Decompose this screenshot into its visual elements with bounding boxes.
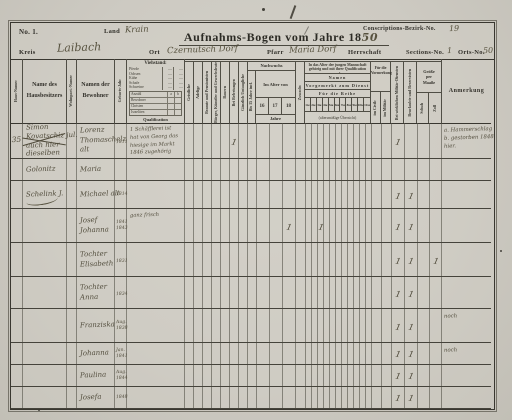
vormerkung-column: im Militär	[381, 92, 390, 123]
cell-haus	[11, 343, 23, 364]
handwritten-entry: noch	[442, 345, 491, 355]
cell-gjahr: 1848	[115, 387, 127, 408]
cell-n18	[283, 159, 296, 180]
cell-n17	[270, 209, 283, 242]
cell-zuw	[296, 209, 306, 242]
cell-gjahr: 1834	[115, 277, 127, 308]
cell-owner: Golonitz	[23, 159, 67, 180]
mannschaft-namen: Namen	[305, 74, 370, 82]
cell-k2	[194, 243, 203, 276]
handwritten-entry: 1838	[115, 325, 126, 331]
cell-nwrot	[248, 181, 257, 208]
cell-k3	[203, 159, 212, 180]
nachwuchs-age: 16	[256, 98, 269, 114]
cell-vm1	[372, 123, 382, 158]
cell-k1	[185, 209, 194, 242]
livestock-rows: Pferde——Ochsen——Kühe——Schafe——Schweine——	[127, 67, 184, 90]
cell-k1	[185, 277, 194, 308]
cell-gjahr: Aug.1838	[115, 309, 127, 342]
size-unit-column: Zoll	[429, 93, 441, 123]
cell-nwrot	[248, 159, 257, 180]
handwritten-entry: Anna	[77, 292, 114, 303]
page-title-printed: Aufnahms-Bogen vom Jahre 18	[184, 30, 362, 44]
class-column-label: Bürger, Künstler und Gewerbsleute	[214, 62, 219, 123]
cell-grs	[418, 277, 430, 308]
cell-gjahr	[115, 159, 127, 180]
cell-anm: noch	[442, 343, 491, 364]
cell-res1: 1	[392, 309, 405, 342]
body-row: FranziskaAug.183811noch	[11, 309, 491, 343]
cell-owner	[23, 387, 67, 408]
cell-wpart	[67, 181, 77, 208]
cell-n16	[257, 277, 270, 308]
cell-vm2	[382, 277, 392, 308]
years-unit-label: Jahre	[256, 115, 295, 123]
cell-grs	[418, 343, 430, 364]
service-columns: Bei wirklichen Militär-DienstenBeurlaubt…	[391, 62, 417, 123]
cell-anm	[442, 387, 491, 408]
tally-mark: 1	[407, 191, 414, 202]
cell-k1	[185, 343, 194, 364]
vormerkung-box: Für die Vormerkung im Civileim Militär	[371, 62, 391, 123]
cell-n17	[270, 387, 283, 408]
cell-n18: 1	[283, 209, 296, 242]
cell-k5	[221, 243, 230, 276]
cell-k4	[212, 159, 221, 180]
cell-wpart	[67, 309, 77, 342]
cell-wpart	[67, 277, 77, 308]
cell-vm1	[372, 365, 382, 386]
summary-cell	[167, 104, 174, 109]
cell-anm	[442, 181, 491, 208]
handwritten-entry: 1846 zugehörig	[127, 148, 184, 158]
cell-k1	[185, 365, 194, 386]
cell-k6	[230, 243, 239, 276]
cell-grz	[430, 365, 442, 386]
cell-anm: noch	[442, 309, 491, 342]
vormerkung-column-label: im Civile	[373, 100, 378, 115]
summary-cell	[167, 110, 174, 115]
column-party-number: Wohnpart.-Numer	[67, 59, 77, 123]
cell-vieh	[127, 159, 185, 180]
field-pfarr-value: Maria Dorf	[289, 44, 337, 56]
tally-mark: 1	[394, 290, 401, 301]
nachwuchs-label: Nachwuchs	[248, 62, 295, 71]
cell-vm1	[372, 209, 382, 242]
cell-k3	[203, 343, 212, 364]
cell-zuw	[296, 343, 306, 364]
field-kreis-value: Laibach	[57, 40, 102, 55]
cell-grz	[430, 209, 442, 242]
mannschaft-reihe: Für die Reihe	[305, 90, 370, 98]
cell-k5	[221, 387, 230, 408]
cell-k2	[194, 343, 203, 364]
cell-zuw	[296, 365, 306, 386]
column-birth-year: Geburts-Jahr	[115, 59, 127, 123]
cell-n16	[257, 387, 270, 408]
cell-bew: LorenzThomaschelzalt	[77, 123, 115, 158]
tally-mark: 1	[230, 138, 237, 149]
age-of-label: Im Alter von	[256, 71, 295, 98]
cell-n17	[270, 243, 283, 276]
cell-res1: 1	[392, 209, 405, 242]
cell-k5	[221, 309, 230, 342]
body-row: JosefJohanna18411843ganz frisch1111	[11, 209, 491, 243]
cell-n18	[283, 181, 296, 208]
field-sections-label: Sections-No.	[406, 49, 444, 56]
cell-nwrot	[248, 277, 257, 308]
cell-haus	[11, 159, 23, 180]
cell-bew: TochterAnna	[77, 277, 115, 308]
cell-grz	[430, 181, 442, 208]
cell-haus	[11, 243, 23, 276]
cell-n16	[257, 159, 270, 180]
cell-k2	[194, 365, 203, 386]
summary-cell	[174, 98, 181, 103]
cell-n17	[270, 365, 283, 386]
cell-n16	[257, 181, 270, 208]
cell-res1: 1	[392, 277, 405, 308]
livestock-name: Schweine	[127, 85, 162, 90]
vormerkung-column-label: im Militär	[383, 99, 388, 117]
column-owner: Name des Hausbesitzers	[23, 59, 67, 123]
cell-nwrot	[248, 209, 257, 242]
cell-anm: a. Hammerschlagb. gestorben 1848hier.	[442, 123, 491, 158]
cell-n17	[270, 343, 283, 364]
cell-wpart	[67, 159, 77, 180]
cell-vieh	[127, 277, 185, 308]
handwritten-entry: ganz frisch	[127, 211, 184, 221]
cell-haus	[11, 209, 23, 242]
handwritten-entry: Aug.	[115, 319, 126, 325]
cell-haus	[11, 309, 23, 342]
cell-k3	[203, 243, 212, 276]
cell-k4	[212, 343, 221, 364]
ink-speck	[500, 250, 502, 252]
cell-owner	[23, 309, 67, 342]
field-sections-value: 1	[447, 46, 452, 55]
size-unit-label: Schuh	[420, 103, 425, 114]
party-number-label: Wohnpart.-Numer	[69, 75, 74, 107]
cell-res2: 1	[405, 243, 418, 276]
cell-res2: 1	[405, 343, 418, 364]
cell-bew: Franziska	[77, 309, 115, 342]
cell-vm2	[382, 243, 392, 276]
field-orts-value: 50	[483, 46, 493, 55]
summary-name: Christen	[130, 104, 167, 109]
field-ort-value: Czernutsch Dorf	[167, 44, 238, 56]
cell-haus	[11, 387, 23, 408]
handwritten-entry: Michael alt	[77, 189, 114, 200]
tally-mark: 1	[407, 323, 414, 334]
cell-gjahr: 18411843	[115, 209, 127, 242]
handwritten-entry: Maria	[77, 164, 114, 175]
cell-n18	[283, 365, 296, 386]
field-land-value: Krain	[125, 25, 149, 36]
handwritten-entry: Golonitz	[23, 164, 66, 175]
table-body: 35SimonKovatschiz jul.auch hierdieselben…	[11, 123, 491, 409]
handwritten-entry: 1831	[115, 258, 126, 264]
cell-nwrot	[248, 343, 257, 364]
cell-wpart	[67, 387, 77, 408]
class-column-label: Adelige	[196, 86, 201, 99]
summary-col-a: a	[167, 92, 174, 97]
cell-vm2	[382, 387, 392, 408]
cell-anm	[442, 277, 491, 308]
cell-res2	[405, 159, 418, 180]
summary-name: Israeliten	[130, 110, 167, 115]
cell-bew: Johanna	[77, 343, 115, 364]
handwritten-entry: 1834	[115, 291, 126, 297]
cell-k3	[203, 209, 212, 242]
cell-res2: 1	[405, 209, 418, 242]
cell-k5	[221, 159, 230, 180]
cell-k3	[203, 387, 212, 408]
cell-bew: Michael alt	[77, 181, 115, 208]
zuwachs-column: Zuwachs	[296, 62, 305, 123]
cell-vm2	[382, 309, 392, 342]
cell-k4	[212, 209, 221, 242]
cell-k2	[194, 123, 203, 158]
cell-nwrot	[248, 365, 257, 386]
cell-k1	[185, 243, 194, 276]
cell-vieh	[127, 365, 185, 386]
tally-mark: 1	[394, 138, 401, 149]
cell-zuw	[296, 123, 306, 158]
cell-owner: Schelink J.	[23, 181, 67, 208]
house-number-label: Haus-Numer	[14, 80, 19, 102]
handwritten-entry: 1848	[115, 394, 126, 400]
livestock-count-b: —	[173, 85, 184, 90]
summary-cell	[174, 104, 181, 109]
cell-bew: TochterElisabeth	[77, 243, 115, 276]
class-column-label: Geistliche	[187, 84, 192, 101]
livestock-count-a: —	[162, 85, 173, 90]
cell-n17	[270, 181, 283, 208]
mannschaft-vorgemerkt: Vorgemerkt zum Dienst	[305, 82, 370, 90]
livestock-summary-box: AnzahlabBewohnerChristenIsraeliten	[129, 91, 182, 115]
cell-k5	[221, 181, 230, 208]
cell-gjahr: Aug.1844	[115, 365, 127, 386]
cell-owner: SimonKovatschiz jul.auch hierdieselben	[23, 123, 67, 158]
cell-vm1	[372, 387, 382, 408]
classification-subcolumns: GeistlicheAdeligeBeamte und Pensionisten…	[185, 62, 441, 123]
cell-k5	[221, 123, 230, 158]
cell-zuw	[296, 309, 306, 342]
cell-gjahr: 1811	[115, 123, 127, 158]
cell-k1	[185, 309, 194, 342]
body-row: JohannaJan.184111noch	[11, 343, 491, 365]
vormerkung-label: Für die Vormerkung	[371, 62, 390, 92]
cell-n17	[270, 277, 283, 308]
field-no-label: No. 1.	[19, 28, 38, 36]
class-columns: GeistlicheAdeligeBeamte und Pensionisten…	[185, 62, 248, 123]
cell-k7	[239, 343, 248, 364]
livestock-footer: Qualification	[127, 116, 184, 123]
cell-grz	[430, 343, 442, 364]
cell-k7	[239, 181, 248, 208]
cell-wpart	[67, 123, 77, 158]
body-row: GolonitzMaria	[11, 159, 491, 181]
cell-gjahr: 1831	[115, 243, 127, 276]
body-row: 35SimonKovatschiz jul.auch hierdieselben…	[11, 123, 491, 159]
handwritten-entry: dieselben	[23, 149, 66, 159]
summary-cell	[174, 110, 181, 115]
cell-zuw	[296, 159, 306, 180]
handwritten-entry: hier.	[442, 141, 491, 151]
cell-k1	[185, 387, 194, 408]
field-kreis-label: Kreis	[19, 49, 36, 56]
ink-speck	[262, 8, 265, 11]
mannschaft-age: 11te	[364, 98, 370, 111]
cell-anm	[442, 243, 491, 276]
cell-res1: 1	[392, 181, 405, 208]
form-sheet: No. 1. Land Krain Aufnahms-Bogen vom Jah…	[10, 22, 495, 410]
handwritten-entry: alt	[77, 145, 114, 156]
handwritten-entry: 35	[11, 135, 22, 146]
cell-k7	[239, 365, 248, 386]
cell-zuw	[296, 243, 306, 276]
cell-grs	[418, 123, 430, 158]
tally-mark: 1	[432, 257, 439, 268]
cell-k2	[194, 159, 203, 180]
cell-grs	[418, 365, 430, 386]
class-column-label: Bauern	[223, 86, 228, 99]
cell-zuw	[296, 181, 306, 208]
cell-grz	[430, 387, 442, 408]
mannschaft-age-cells: 1te2te3te4te5te6te7te8te9te10te11te	[305, 98, 370, 112]
page-title-year-handwritten: 50	[362, 31, 379, 44]
class-column-6: Bei Befreiungen	[230, 62, 239, 123]
vormerkung-columns: im Civileim Militär	[371, 92, 390, 123]
cell-k2	[194, 209, 203, 242]
livestock-row: Schweine——	[127, 85, 184, 90]
cell-nwrot	[248, 123, 257, 158]
cell-k6	[230, 387, 239, 408]
cell-grs	[418, 387, 430, 408]
handwritten-entry: Josefa	[77, 392, 114, 403]
tally-mark: 1	[407, 372, 414, 383]
tally-mark: 1	[407, 290, 414, 301]
birth-year-label: Geburts-Jahr	[118, 79, 123, 102]
tally-mark: 1	[407, 350, 414, 361]
size-unit-label: Zoll	[433, 105, 438, 112]
cell-vm1	[372, 277, 382, 308]
class-column-label: Gänzlich Untaugliche	[241, 74, 246, 111]
livestock-title: Viehstand:	[127, 60, 184, 67]
summary-title: Anzahl	[130, 92, 167, 97]
class-column-label: Beamte und Pensionisten	[205, 71, 210, 114]
cell-owner	[23, 243, 67, 276]
cell-k6: 1	[230, 123, 239, 158]
cell-owner	[23, 277, 67, 308]
vormerkung-column: im Civile	[371, 92, 381, 123]
cell-vieh	[127, 243, 185, 276]
handwritten-entry: Johanna	[77, 348, 114, 359]
cell-k1	[185, 123, 194, 158]
cell-k2	[194, 309, 203, 342]
cell-n16	[257, 209, 270, 242]
class-column-1: Geistliche	[185, 62, 194, 123]
cell-zuw	[296, 387, 306, 408]
cell-res2	[405, 123, 418, 158]
tally-mark: 1	[285, 223, 292, 234]
cell-grz: 1	[430, 243, 442, 276]
cell-bew: JosefJohanna	[77, 209, 115, 242]
cell-haus	[11, 365, 23, 386]
table-header: Haus-Numer Name des Hausbesitzers Wohnpa…	[11, 59, 491, 124]
zuwachs-label: Zuwachs	[298, 85, 303, 100]
cell-res2: 1	[405, 277, 418, 308]
cell-n18	[283, 387, 296, 408]
body-row: TochterAnna183411	[11, 277, 491, 309]
cell-anm	[442, 365, 491, 386]
tally-mark: 1	[394, 350, 401, 361]
cell-wpart	[67, 343, 77, 364]
scanned-paper: No. 1. Land Krain Aufnahms-Bogen vom Jah…	[0, 0, 512, 420]
field-bezirk-label: Conscriptions-Bezirk-No.	[363, 26, 436, 32]
handwritten-entry: noch	[442, 311, 491, 321]
cell-vieh	[127, 309, 185, 342]
cell-grz	[430, 123, 442, 158]
tally-mark: 1	[394, 394, 401, 405]
cell-owner	[23, 365, 67, 386]
service-column-2: Beurlaubte und Reservisten	[404, 62, 417, 123]
cell-bew: Paulina	[77, 365, 115, 386]
handwritten-entry: 1811	[115, 139, 126, 145]
cell-k6	[230, 209, 239, 242]
cell-k2	[194, 387, 203, 408]
under15-label: Bis 15 Jahre incl.	[249, 82, 254, 111]
cell-k6	[230, 309, 239, 342]
cell-res1	[392, 159, 405, 180]
handwritten-entry: 1841	[115, 353, 126, 359]
cell-k3	[203, 277, 212, 308]
cell-wpart	[67, 243, 77, 276]
size-label: GrößeperMaaße	[417, 62, 441, 93]
cell-haus	[11, 277, 23, 308]
class-column-3: Beamte und Pensionisten	[203, 62, 212, 123]
handwritten-entry: Paulina	[77, 370, 114, 381]
cell-vm2	[382, 159, 392, 180]
column-house-number: Haus-Numer	[11, 59, 23, 123]
cell-nwrot	[248, 387, 257, 408]
cell-k7	[239, 159, 248, 180]
cell-grs	[418, 181, 430, 208]
handwritten-entry: Aug.	[115, 369, 126, 375]
cell-anm	[442, 209, 491, 242]
cell-k4	[212, 365, 221, 386]
cell-n16	[257, 243, 270, 276]
cell-k6	[230, 159, 239, 180]
cell-k3	[203, 309, 212, 342]
cell-nwrot	[248, 243, 257, 276]
cell-vm2	[382, 181, 392, 208]
cell-k2	[194, 277, 203, 308]
cell-vm1	[372, 243, 382, 276]
cell-vm1	[372, 343, 382, 364]
cell-gjahr: Jan.1841	[115, 343, 127, 364]
cell-n18	[283, 123, 296, 158]
tally-mark: 1	[407, 257, 414, 268]
cell-vm2	[382, 343, 392, 364]
cell-wpart	[67, 365, 77, 386]
mannschaft-heading: In das Alter der jungen Mannschaft gehör…	[305, 62, 370, 74]
class-column-label: Bei Befreiungen	[232, 79, 237, 106]
cell-vieh	[127, 387, 185, 408]
cell-grs	[418, 309, 430, 342]
summary-col-b: b	[174, 92, 181, 97]
